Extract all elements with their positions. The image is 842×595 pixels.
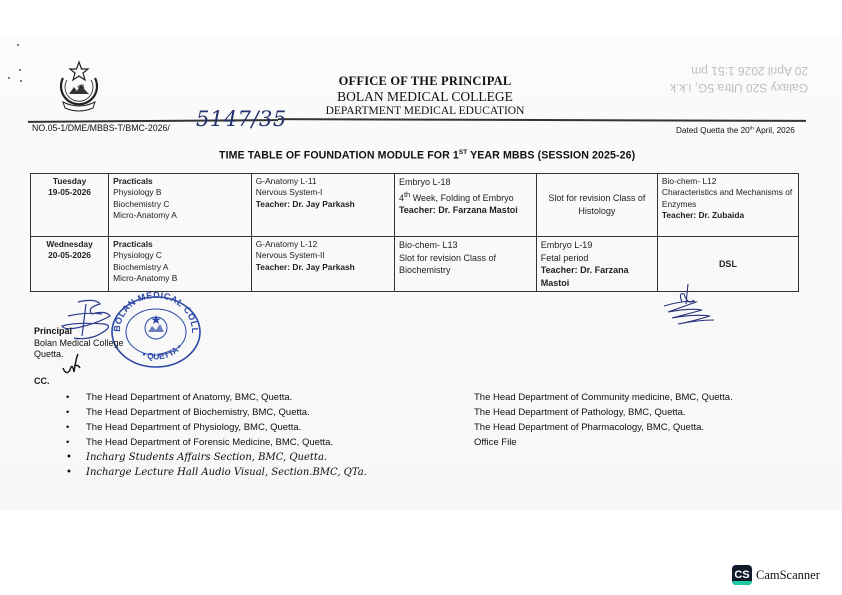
reference-number: NO.05-1/DME/MBBS-T/BMC-2026/: [32, 123, 170, 133]
cc-item: The Head Department of Forensic Medicine…: [66, 435, 367, 450]
cc-label: CC.: [34, 376, 50, 386]
watermark-timestamp: 20 April 2026 1:51 pm: [648, 62, 808, 79]
timetable-title: TIME TABLE OF FOUNDATION MODULE FOR 1ST …: [219, 149, 635, 162]
watermark-device: Galaxy S20 Ultra 5G, i.k.k: [648, 79, 808, 96]
lecture-cell: Embryo L-18 4th Week, Folding of Embryo …: [394, 174, 536, 237]
cc-list-left: The Head Department of Anatomy, BMC, Que…: [66, 390, 367, 480]
principal-signature-block: Principal Bolan Medical College Quetta.: [34, 326, 124, 361]
college-emblem-icon: ﷲ: [55, 60, 103, 112]
letterhead: OFFICE OF THE PRINCIPAL BOLAN MEDICAL CO…: [300, 74, 550, 119]
office-title: OFFICE OF THE PRINCIPAL: [300, 74, 550, 89]
cc-item: The Head Department of Physiology, BMC, …: [66, 420, 367, 435]
cc-item: The Head Department of Anatomy, BMC, Que…: [66, 390, 367, 405]
practicals-cell: Practicals Physiology C Biochemistry A M…: [109, 237, 252, 292]
camscanner-badge: CS CamScanner: [732, 565, 820, 585]
camera-watermark: Galaxy S20 Ultra 5G, i.k.k 20 April 2026…: [648, 62, 808, 96]
lecture-cell: Bio-chem- L12 Characteristics and Mechan…: [657, 174, 798, 237]
table-row: Tuesday 19-05-2026 Practicals Physiology…: [31, 174, 799, 237]
cc-item: The Head Department of Biochemistry, BMC…: [66, 405, 367, 420]
svg-text:• QUETTA •: • QUETTA •: [141, 342, 184, 361]
day-cell: Wednesday 20-05-2026: [31, 237, 109, 292]
cc-item: Office File: [474, 435, 733, 450]
date-line: Dated Quetta the 20th April, 2026: [676, 126, 795, 135]
revision-cell: Slot for revision Class of Histology: [536, 174, 657, 237]
cc-item: The Head Department of Pathology, BMC, Q…: [474, 405, 733, 420]
practicals-cell: Practicals Physiology B Biochemistry C M…: [109, 174, 252, 237]
approver-signature-icon: [654, 282, 724, 330]
cc-list-right: The Head Department of Community medicin…: [474, 390, 733, 450]
signatory-org: Bolan Medical College: [34, 338, 124, 350]
stamp-bottom-text: • QUETTA •: [141, 342, 184, 361]
reference-handwritten: 5147/35: [196, 107, 287, 131]
timetable: Tuesday 19-05-2026 Practicals Physiology…: [30, 173, 799, 292]
cc-item-handwritten: Incharge Lecture Hall Audio Visual, Sect…: [66, 465, 367, 480]
signatory-title: Principal: [34, 326, 124, 338]
signatory-city: Quetta.: [34, 349, 124, 361]
cc-item-handwritten: Incharg Students Affairs Section, BMC, Q…: [66, 450, 367, 465]
day-cell: Tuesday 19-05-2026: [31, 174, 109, 237]
college-name: BOLAN MEDICAL COLLEGE: [300, 89, 550, 104]
lecture-cell: Embryo L-19 Fetal period Teacher: Dr. Fa…: [536, 237, 657, 292]
lecture-cell: Bio-chem- L13 Slot for revision Class of…: [394, 237, 536, 292]
lecture-cell: G-Anatomy L-12 Nervous System-II Teacher…: [251, 237, 394, 292]
lecture-cell: G-Anatomy L-11 Nervous System-I Teacher:…: [251, 174, 394, 237]
department-name: DEPARTMENT MEDICAL EDUCATION: [300, 104, 550, 119]
cc-item: The Head Department of Community medicin…: [474, 390, 733, 405]
scan-specks: [8, 42, 28, 82]
camscanner-name: CamScanner: [756, 568, 820, 583]
camscanner-logo-icon: CS: [732, 565, 752, 585]
cc-item: The Head Department of Pharmacology, BMC…: [474, 420, 733, 435]
